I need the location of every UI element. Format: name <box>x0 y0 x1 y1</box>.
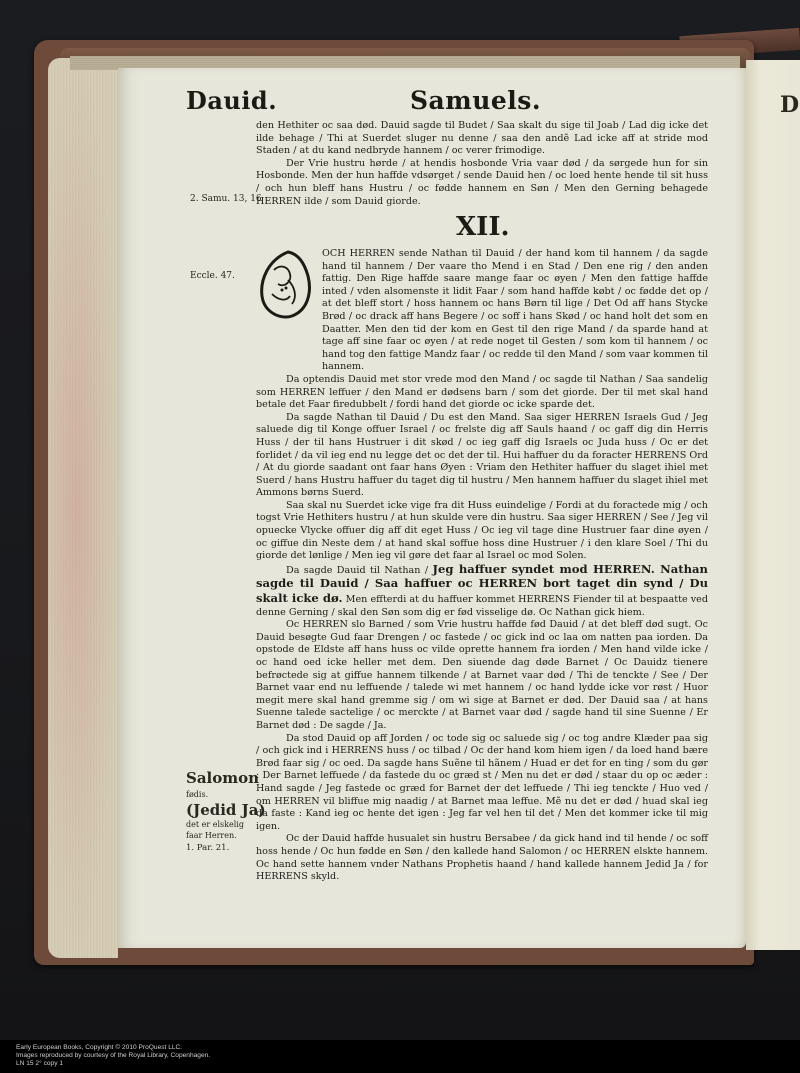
paragraph: Oc HERREN slo Barned / som Vrie hustru h… <box>256 619 708 732</box>
paragraph: OCH HERREN sende Nathan til Dauid / der … <box>256 248 708 374</box>
margin-reference: 2. Samu. 13, 16 <box>190 194 262 204</box>
chapter-text-block: OCH HERREN sende Nathan til Dauid / der … <box>256 248 708 884</box>
paragraph: Da optendis Dauid met stor vrede mod den… <box>256 374 708 412</box>
courtesy-line: Images reproduced by courtesy of the Roy… <box>16 1052 210 1059</box>
paragraph: Der Vrie hustru hørde / at hendis hosbon… <box>256 158 708 208</box>
emphasis-lead: Da sagde Dauid til Nathan / <box>286 565 428 576</box>
paragraph: Da sagde Dauid til Nathan / Jeg haffuer … <box>256 563 708 619</box>
paragraph: den Hethiter oc saa død. Dauid sagde til… <box>256 120 708 158</box>
chapter-heading: XII. <box>456 212 510 242</box>
facing-page-head: D <box>780 92 799 118</box>
margin-note-jedidja: (Jedid Ja) <box>186 802 266 818</box>
page-block-edges <box>48 58 118 958</box>
margin-note-salomon-sub: fødis. <box>186 790 208 800</box>
paragraph: Da stod Dauid op aff Jorden / oc tode si… <box>256 733 708 834</box>
opening-text-block: den Hethiter oc saa død. Dauid sagde til… <box>256 120 708 208</box>
margin-note-gloss: det er elskelig <box>186 820 244 830</box>
paragraph: Da sagde Nathan til Dauid / Du est den M… <box>256 412 708 500</box>
running-head-left: Dauid. <box>186 86 277 115</box>
copyright-line: Early European Books, Copyright © 2010 P… <box>16 1044 182 1051</box>
margin-reference: 1. Par. 21. <box>186 843 229 853</box>
paragraph: Oc der Dauid haffde husualet sin hustru … <box>256 833 708 883</box>
paragraph: Saa skal nu Suerdet icke vige fra dit Hu… <box>256 500 708 563</box>
margin-reference: Eccle. 47. <box>190 271 235 281</box>
margin-note-salomon: Salomon <box>186 770 259 786</box>
margin-note-gloss: faar Herren. <box>186 831 237 841</box>
shelfmark-line: LN 15 2° copy 1 <box>16 1060 63 1067</box>
facing-page <box>746 60 800 950</box>
running-head-title: Samuels. <box>410 86 541 115</box>
